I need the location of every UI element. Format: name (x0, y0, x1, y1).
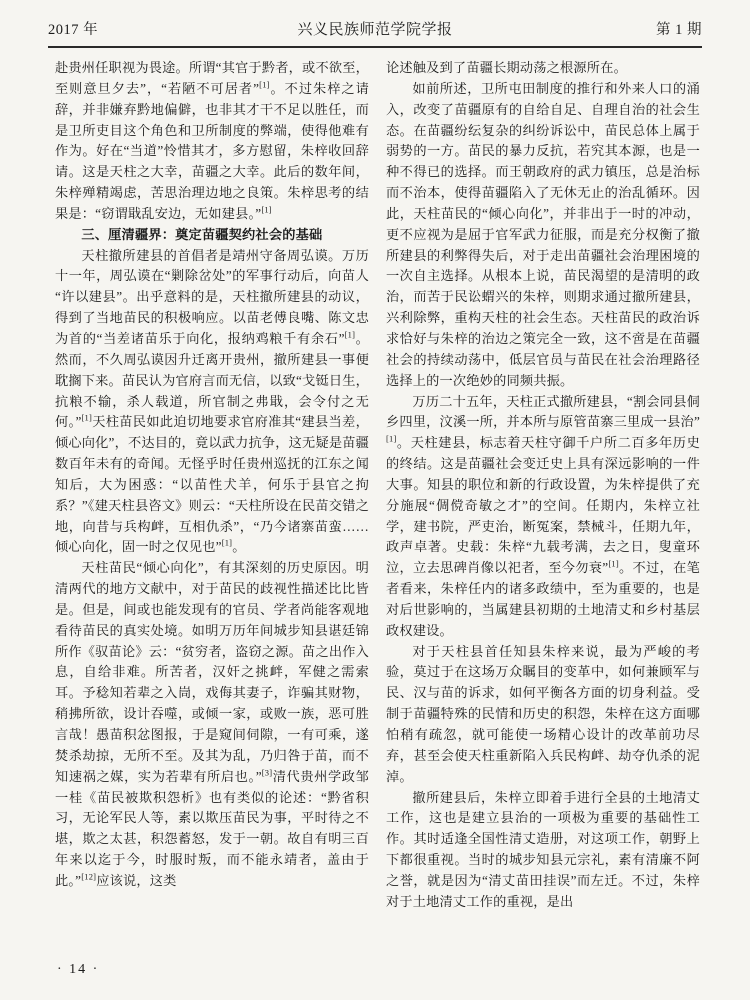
header-journal-title: 兴义民族师范学院学报 (208, 18, 542, 39)
page-body: 赴贵州任职视为畏途。所谓“其官于黔者，或不欲至，至则意旦夕去”，“若陋不可居者”… (55, 58, 700, 913)
left-column: 赴贵州任职视为畏途。所谓“其官于黔者，或不欲至，至则意旦夕去”，“若陋不可居者”… (55, 58, 369, 913)
section-heading: 三、厘清疆界：奠定苗疆契约社会的基础 (55, 225, 369, 246)
running-header: 2017 年 兴义民族师范学院学报 第 1 期 (48, 18, 702, 39)
paragraph: 天柱苗民“倾心向化”，有其深刻的历史原因。明清两代的地方文献中，对于苗民的歧视性… (55, 558, 369, 892)
paragraph: 天柱撤所建县的首倡者是靖州守备周弘谟。万历十一年，周弘谟在“剿除岔处”的军事行动… (55, 246, 369, 559)
paragraph-continued: 赴贵州任职视为畏途。所谓“其官于黔者，或不欲至，至则意旦夕去”，“若陋不可居者”… (55, 58, 369, 225)
paragraph: 万历二十五年，天柱正式撤所建县，“割会同县侗乡四里，汶溪一所，并本所与原管苗寨三… (386, 392, 700, 642)
header-year: 2017 年 (48, 18, 208, 39)
page-number: · 14 · (57, 962, 99, 978)
header-issue: 第 1 期 (542, 18, 702, 39)
paragraph: 撤所建县后，朱梓立即着手进行全县的土地清丈工作，这也是建立县治的一项极为重要的基… (386, 788, 700, 913)
right-column: 论述触及到了苗疆长期动荡之根源所在。 如前所述，卫所屯田制度的推行和外来人口的涌… (386, 58, 700, 913)
paragraph-continued: 论述触及到了苗疆长期动荡之根源所在。 (386, 58, 700, 79)
paragraph: 如前所述，卫所屯田制度的推行和外来人口的涌入，改变了苗疆原有的自给自足、自理自治… (386, 79, 700, 392)
header-divider (48, 46, 702, 48)
journal-page: 2017 年 兴义民族师范学院学报 第 1 期 赴贵州任职视为畏途。所谓“其官于… (0, 0, 750, 1000)
paragraph: 对于天柱县首任知县朱梓来说，最为严峻的考验，莫过于在这场万众瞩目的变革中，如何兼… (386, 642, 700, 788)
